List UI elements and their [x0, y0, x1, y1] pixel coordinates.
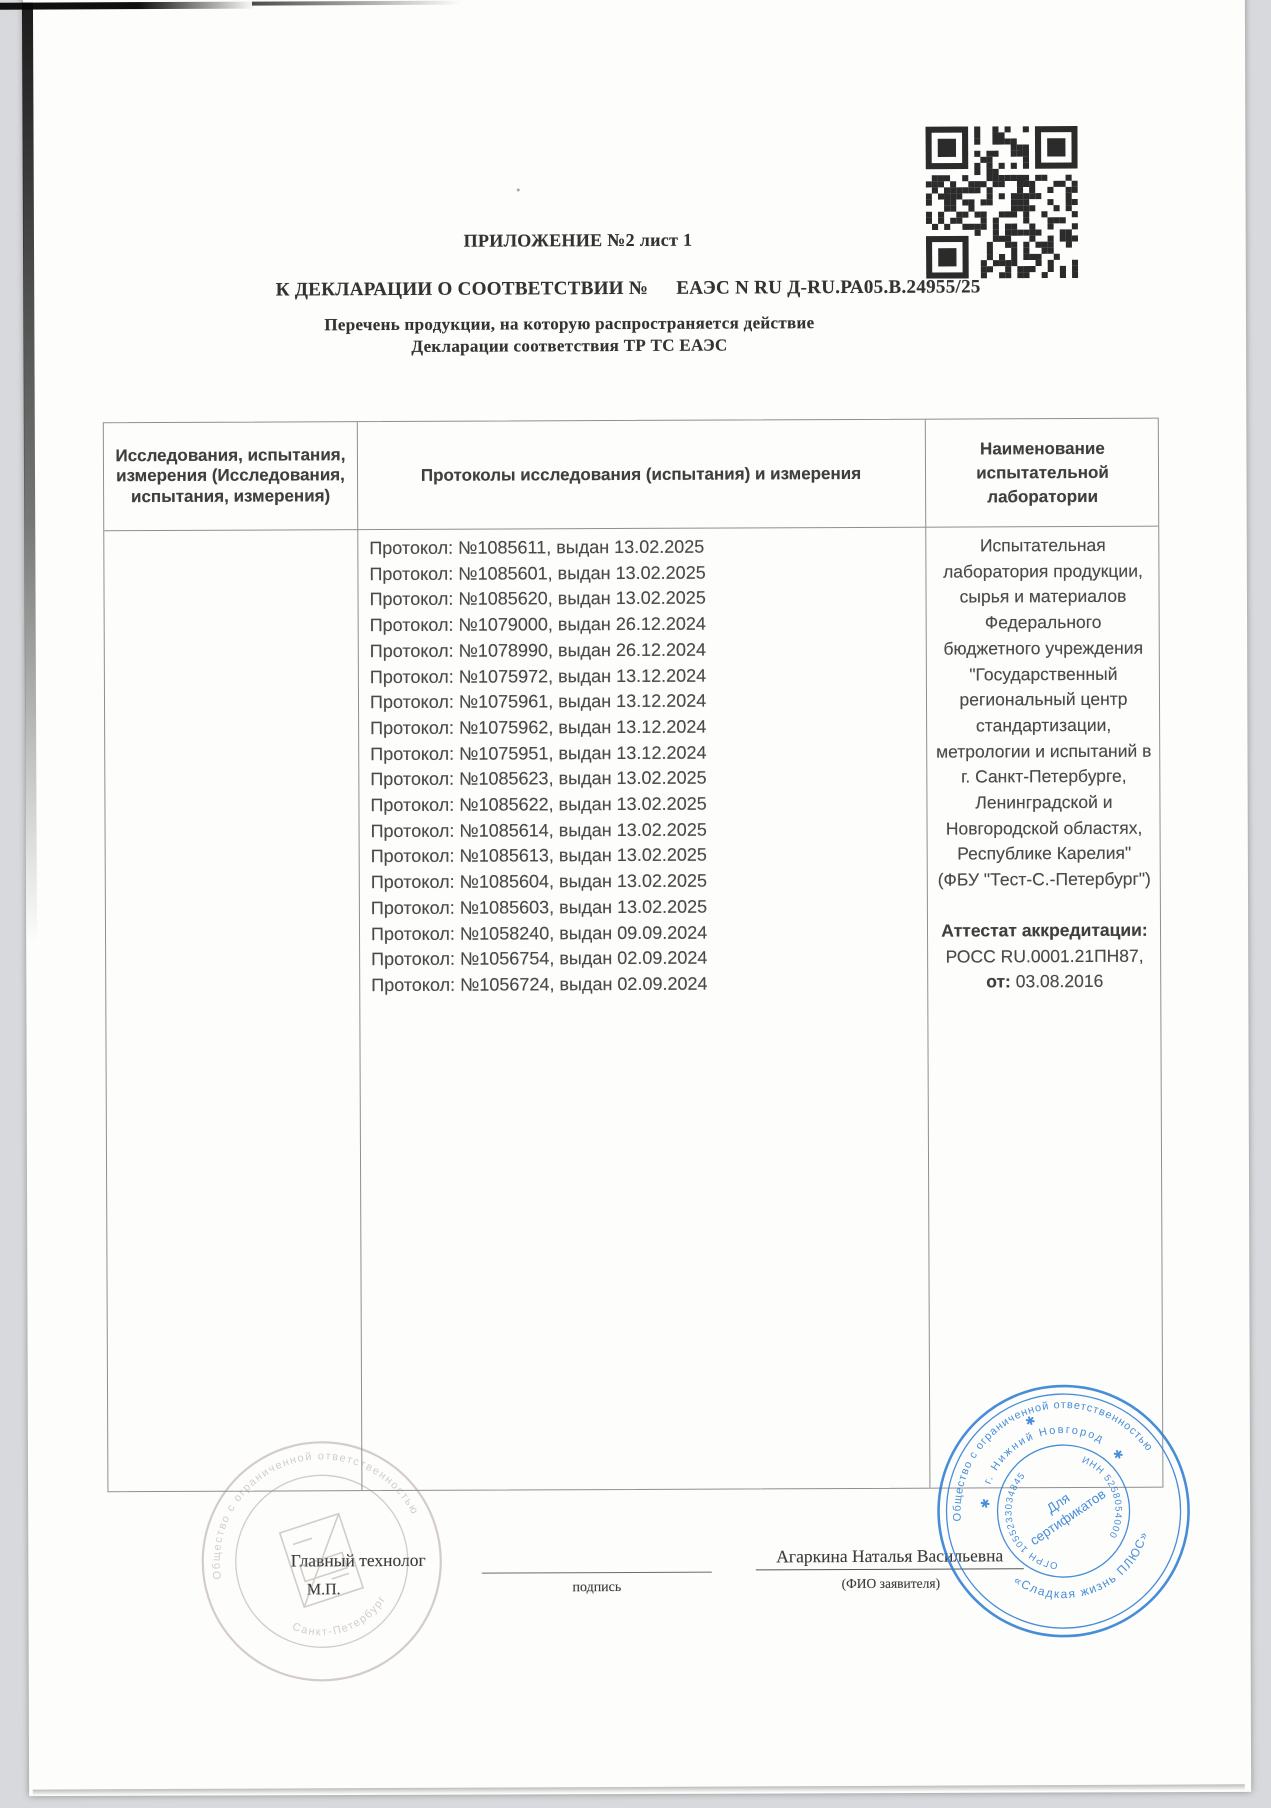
protocols-list: Протокол: №1085611, выдан 13.02.2025 Про… — [358, 527, 926, 999]
stamp-place-label: М.П. — [307, 1581, 367, 1599]
protocol-row: Протокол: №1085604, выдан 13.02.2025 — [371, 868, 926, 896]
appendix-title: ПРИЛОЖЕНИЕ №2 лист 1 — [298, 229, 858, 252]
column-header-research: Исследования, испытания, измерения (Иссл… — [104, 422, 357, 530]
right-stamp-arc-outer-bottom: «Сладкая жизнь ПЛЮС» — [1009, 1525, 1165, 1621]
scan-edge-artifact — [0, 2, 255, 10]
protocol-row: Протокол: №1085614, выдан 13.02.2025 — [371, 816, 926, 844]
applicant-name-caption: (ФИО заявителя) — [766, 1575, 1016, 1592]
protocol-row: Протокол: №1075951, выдан 13.12.2024 — [370, 739, 925, 767]
protocol-row: Протокол: №1085603, выдан 13.02.2025 — [371, 894, 926, 922]
signature-line — [482, 1572, 712, 1575]
svg-text:«Сладкая жизнь ПЛЮС»: «Сладкая жизнь ПЛЮС» — [1009, 1525, 1165, 1621]
protocol-row: Протокол: №1085620, выдан 13.02.2025 — [370, 585, 925, 613]
scan-edge-artifact — [252, 1, 462, 6]
protocol-row: Протокол: №1079000, выдан 26.12.2024 — [370, 611, 925, 639]
protocol-row: Протокол: №1085623, выдан 13.02.2025 — [370, 765, 925, 793]
accreditation-date-line: от: 03.08.2016 — [927, 969, 1162, 996]
declaration-prefix: К ДЕКЛАРАЦИИ О СООТВЕТСТВИИ № — [276, 278, 649, 301]
declaration-title: К ДЕКЛАРАЦИИ О СООТВЕТСТВИИ №ЕАЭС N RU Д… — [118, 276, 1138, 302]
laboratory-name: Испытательная лаборатория продукции, сыр… — [925, 533, 1162, 894]
accreditation-date-label: от: — [986, 972, 1011, 992]
protocol-row: Протокол: №1075972, выдан 13.12.2024 — [370, 662, 925, 690]
protocol-row: Протокол: №1085601, выдан 13.02.2025 — [369, 559, 924, 587]
svg-text:Для: Для — [1044, 1490, 1073, 1516]
protocol-row: Протокол: №1085613, выдан 13.02.2025 — [371, 842, 926, 870]
signature-caption: подпись — [482, 1580, 712, 1597]
scan-speck — [517, 188, 520, 191]
subtitle-line1: Перечень продукции, на которую распростр… — [98, 312, 1040, 336]
scan-edge-artifact — [33, 1784, 1245, 1795]
protocol-row: Протокол: №1056754, выдан 02.09.2024 — [371, 945, 926, 973]
qr-code-icon — [926, 126, 1079, 279]
column-header-protocols: Протоколы исследования (испытания) и изм… — [357, 420, 925, 529]
subtitle-line2: Декларации соответствия ТР ТС ЕАЭС — [98, 334, 1040, 358]
svg-text:✱: ✱ — [978, 1495, 992, 1512]
protocol-row: Протокол: №1078990, выдан 26.12.2024 — [370, 636, 925, 664]
left-stamp-arc-bottom: Санкт-Петербург — [288, 1591, 395, 1651]
protocol-row: Протокол: №1075962, выдан 13.12.2024 — [370, 714, 925, 742]
products-table: Исследования, испытания, измерения (Иссл… — [103, 418, 1164, 1493]
signer-role: Главный технолог — [291, 1550, 491, 1572]
protocol-row: Протокол: №1075961, выдан 13.12.2024 — [370, 688, 925, 716]
accreditation-number: РОСС RU.0001.21ПН87, — [927, 943, 1162, 970]
accreditation-date: 03.08.2016 — [1016, 971, 1104, 991]
declaration-number: ЕАЭС N RU Д-RU.РА05.В.24955/25 — [676, 276, 980, 298]
protocol-row: Протокол: №1056724, выдан 02.09.2024 — [371, 971, 926, 999]
scanned-document: ПРИЛОЖЕНИЕ №2 лист 1 К ДЕКЛАРАЦИИ О СООТ… — [0, 0, 1271, 1808]
applicant-name: Агаркина Наталья Васильевна — [756, 1545, 1024, 1570]
laboratory-cell: Испытательная лаборатория продукции, сыр… — [925, 526, 1162, 996]
svg-text:сертификатов: сертификатов — [1027, 1486, 1108, 1548]
scan-edge-artifact — [22, 3, 37, 943]
svg-text:Санкт-Петербург: Санкт-Петербург — [288, 1591, 395, 1651]
protocol-row: Протокол: №1085622, выдан 13.02.2025 — [370, 791, 925, 819]
protocol-row: Протокол: №1058240, выдан 09.09.2024 — [371, 919, 926, 947]
protocol-row: Протокол: №1085611, выдан 13.02.2025 — [369, 534, 924, 562]
column-header-laboratory: Наименование испытательной лаборатории — [925, 419, 1160, 527]
page-content: ПРИЛОЖЕНИЕ №2 лист 1 К ДЕКЛАРАЦИИ О СООТ… — [0, 0, 1271, 1808]
accreditation-label: Аттестат аккредитации: — [927, 917, 1162, 944]
